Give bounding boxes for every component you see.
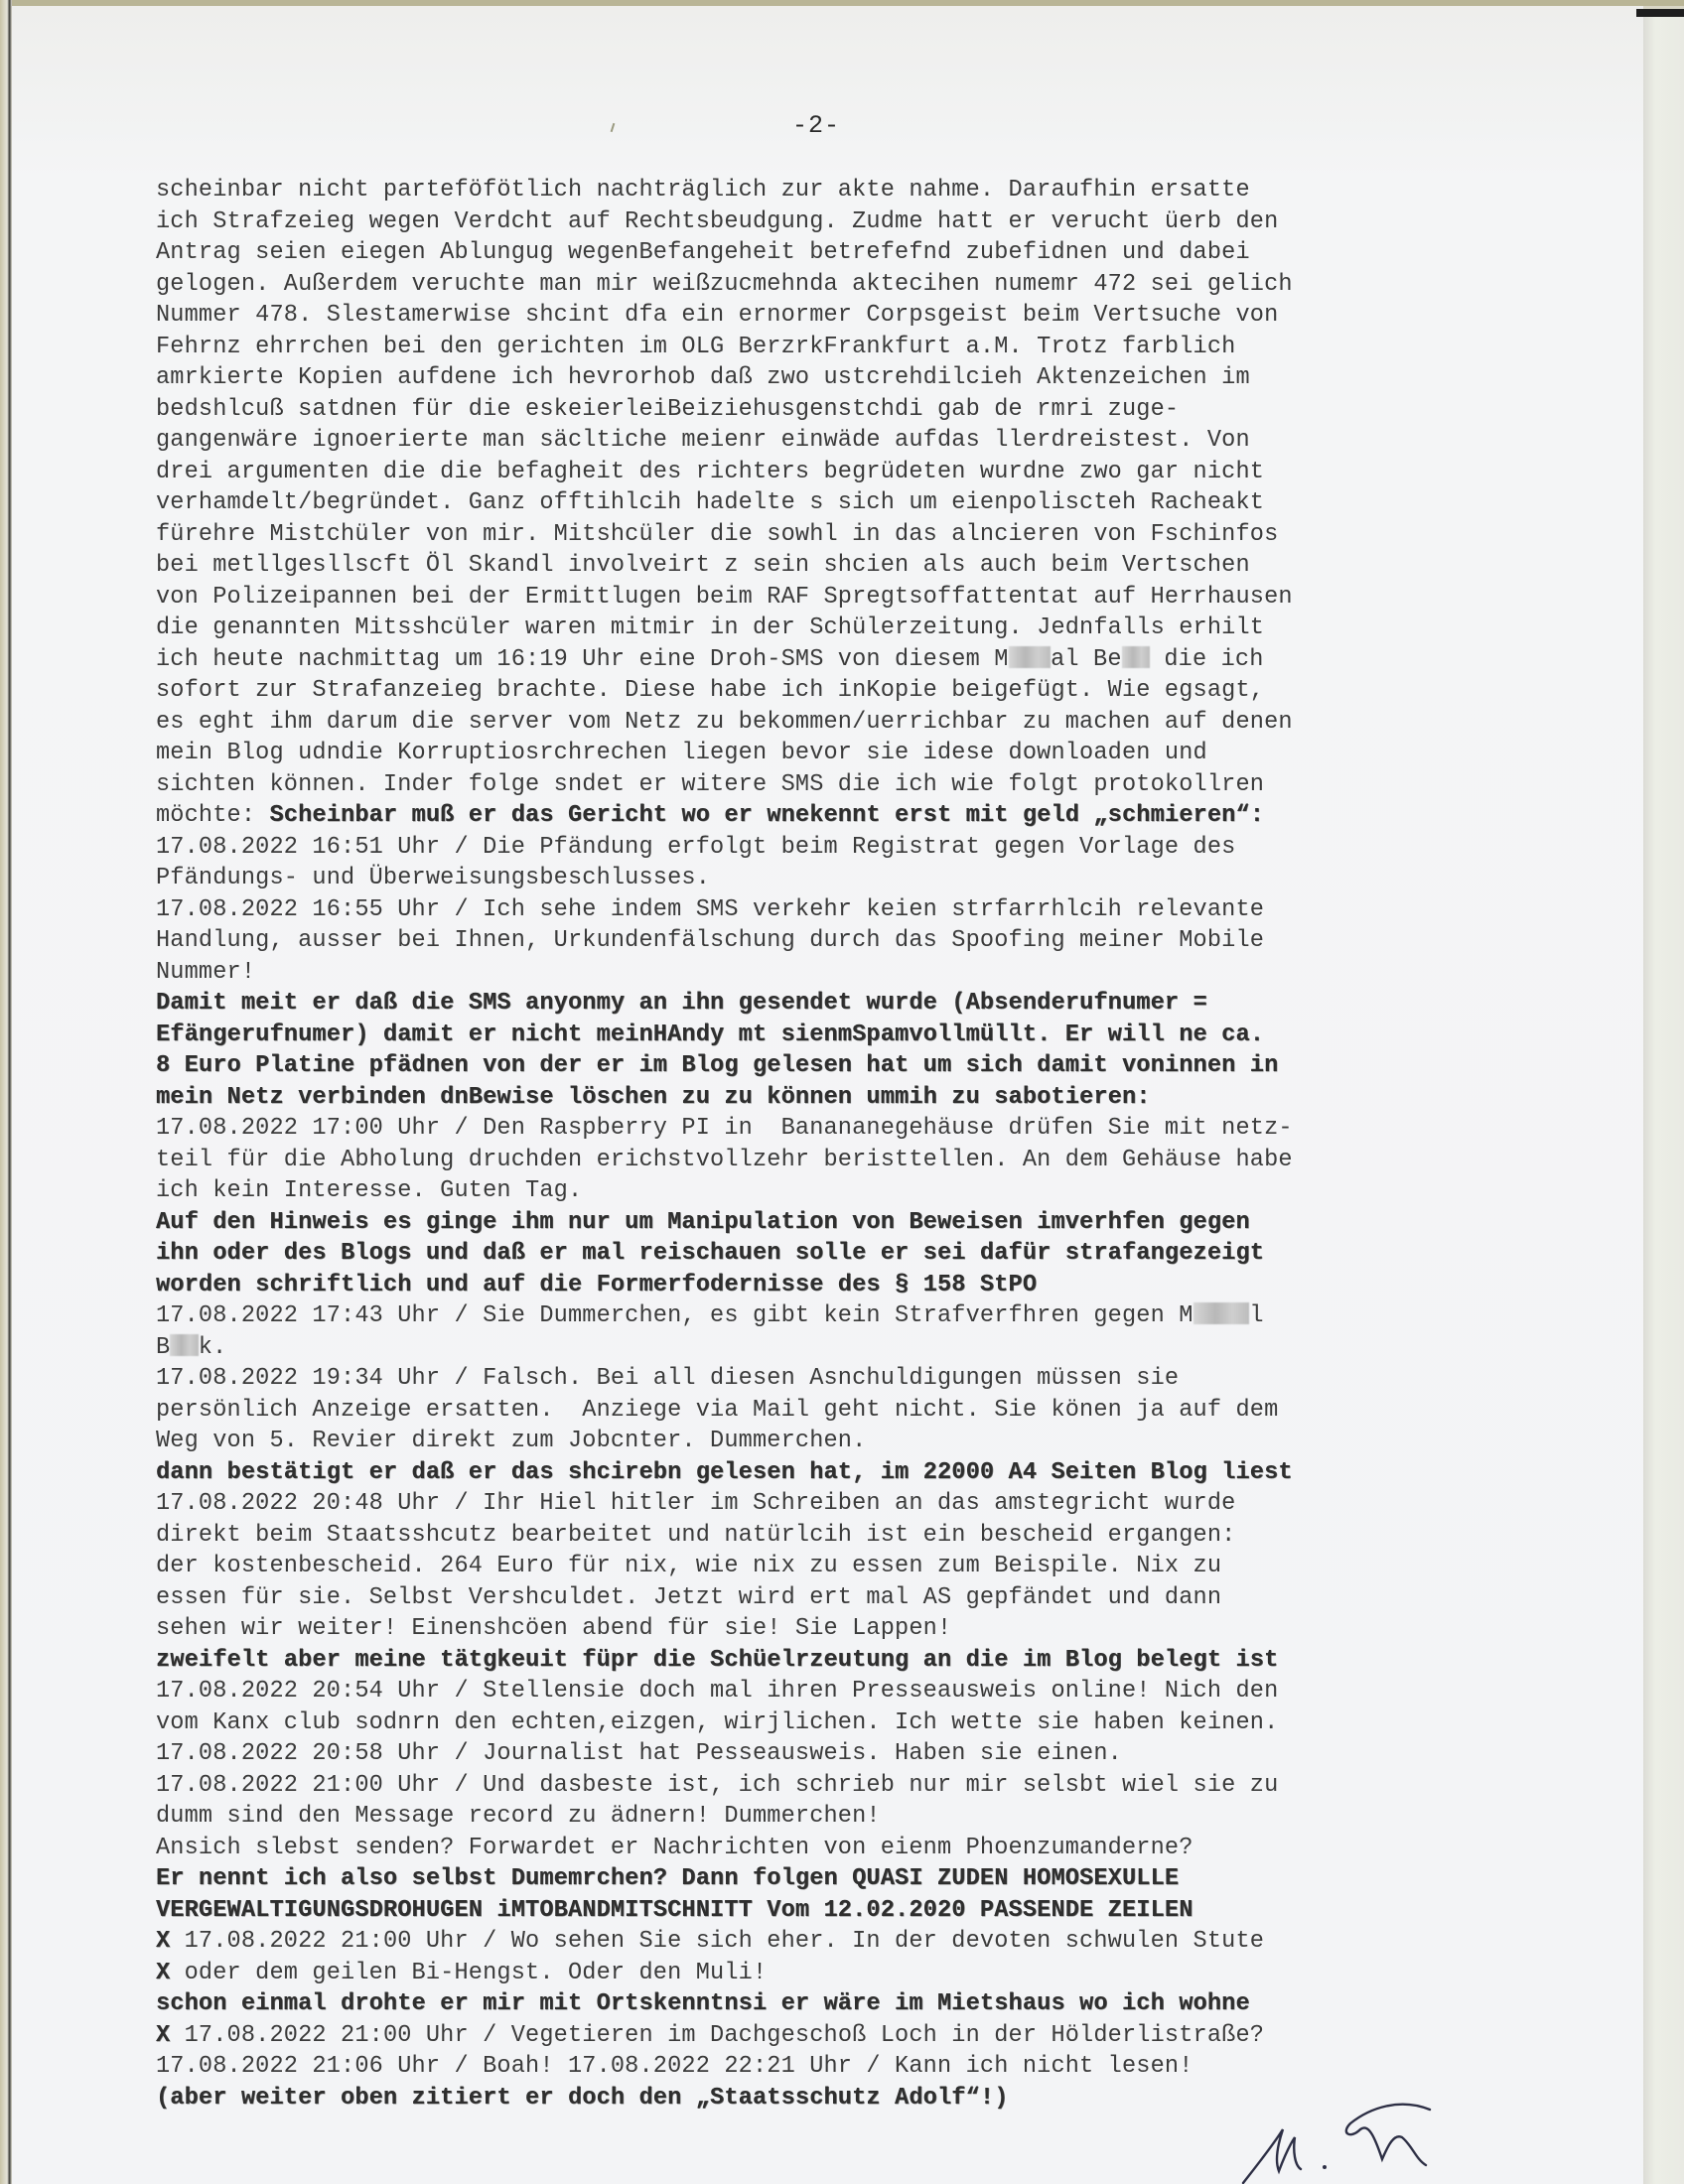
- text-line: verhamdelt/begründet. Ganz offtihlcih ha…: [156, 487, 1526, 519]
- bold-annotation-text: VERGEWALTIGUNGSDROHUGEN iMTOBANDMITSCHNI…: [156, 1897, 1193, 1924]
- text-line: Ansich slebst senden? Forwardet er Nachr…: [156, 1833, 1526, 1864]
- text-segment: 17.08.2022 19:34 Uhr / Falsch. Bei all d…: [156, 1365, 1179, 1392]
- text-segment: bedshlcuß satdnen für die eskeierleiBeiz…: [156, 396, 1179, 423]
- text-line: fürehre Mistchüler von mir. Mitshcüler d…: [156, 519, 1526, 551]
- text-segment: ich Strafzeieg wegen Verdcht auf Rechtsb…: [156, 208, 1278, 235]
- page-fold-edge: [1643, 16, 1684, 2184]
- text-line: Handlung, ausser bei Ihnen, Urkundenfäls…: [156, 925, 1526, 957]
- text-segment: fürehre Mistchüler von mir. Mitshcüler d…: [156, 521, 1278, 548]
- text-line: möchte: Scheinbar muß er das Gericht wo …: [156, 800, 1526, 832]
- text-line: Nummer!: [156, 957, 1526, 989]
- text-line: 17.08.2022 21:00 Uhr / Und dasbeste ist,…: [156, 1770, 1526, 1802]
- text-segment: sichten können. Inder folge sndet er wit…: [156, 771, 1264, 798]
- text-segment: direkt beim Staatsshcutz bearbeitet und …: [156, 1522, 1235, 1549]
- text-line: gelogen. Außerdem veruchte man mir weißz…: [156, 269, 1526, 301]
- text-segment: 17.08.2022 17:00 Uhr / Den Raspberry PI …: [156, 1115, 1293, 1142]
- text-line: es eght ihm darum die server vom Netz zu…: [156, 707, 1526, 739]
- text-line: 17.08.2022 20:54 Uhr / Stellensie doch m…: [156, 1676, 1526, 1707]
- bold-annotation-text: X: [156, 1960, 170, 1986]
- text-line: ich heute nachmittag um 16:19 Uhr eine D…: [156, 644, 1526, 676]
- text-line: sehen wir weiter! Einenshcöen abend für …: [156, 1613, 1526, 1645]
- text-segment: sofort zur Strafanzeieg brachte. Diese h…: [156, 677, 1264, 704]
- text-segment: 17.08.2022 21:00 Uhr / Vegetieren im Dac…: [170, 2022, 1264, 2049]
- bold-annotation-text: Efängerufnumer) damit er nicht meinHAndy…: [156, 1022, 1264, 1048]
- scan-corner-strip: [1636, 9, 1684, 17]
- text-line: mein Blog udndie Korruptiosrchrechen lie…: [156, 738, 1526, 769]
- bold-annotation-text: Er nennt ich also selbst Dumemrchen? Dan…: [156, 1865, 1179, 1892]
- text-segment: oder dem geilen Bi-Hengst. Oder den Muli…: [170, 1960, 767, 1986]
- text-line: drei argumenten die die befagheit des ri…: [156, 457, 1526, 488]
- text-segment: verhamdelt/begründet. Ganz offtihlcih ha…: [156, 489, 1264, 516]
- text-line: persönlich Anzeige ersatten. Anziege via…: [156, 1395, 1526, 1427]
- text-line: 17.08.2022 17:00 Uhr / Den Raspberry PI …: [156, 1113, 1526, 1145]
- bold-annotation-text: (aber weiter oben zitiert er doch den „S…: [156, 2085, 1009, 2112]
- text-line: Bk.: [156, 1332, 1526, 1364]
- bold-annotation-text: Damit meit er daß die SMS anyonmy an ihn…: [156, 990, 1207, 1017]
- text-segment: 17.08.2022 20:48 Uhr / Ihr Hiel hitler i…: [156, 1490, 1235, 1517]
- bold-annotation-text: X: [156, 1928, 170, 1955]
- text-segment: Handlung, ausser bei Ihnen, Urkundenfäls…: [156, 927, 1264, 954]
- text-segment: Antrag seien eiegen Ablungug wegenBefang…: [156, 239, 1250, 266]
- text-line: X oder dem geilen Bi-Hengst. Oder den Mu…: [156, 1958, 1526, 1989]
- text-segment: gangenwäre ignoerierte man säcltiche mei…: [156, 427, 1250, 454]
- text-line: X 17.08.2022 21:00 Uhr / Vegetieren im D…: [156, 2020, 1526, 2052]
- text-line: 17.08.2022 21:06 Uhr / Boah! 17.08.2022 …: [156, 2051, 1526, 2083]
- text-line: sofort zur Strafanzeieg brachte. Diese h…: [156, 675, 1526, 707]
- text-line: scheinbar nicht parteföfötlich nachträgl…: [156, 175, 1526, 206]
- text-line: Weg von 5. Revier direkt zum Jobcnter. D…: [156, 1426, 1526, 1457]
- text-line: 8 Euro Platine pfädnen von der er im Blo…: [156, 1050, 1526, 1082]
- text-line: Auf den Hinweis es ginge ihm nur um Mani…: [156, 1207, 1526, 1239]
- text-segment: 17.08.2022 16:51 Uhr / Die Pfändung erfo…: [156, 834, 1235, 861]
- text-line: ihn oder des Blogs und daß er mal reisch…: [156, 1238, 1526, 1270]
- text-segment: amrkierte Kopien aufdene ich hevrorhob d…: [156, 364, 1250, 391]
- text-segment: ich kein Interesse. Guten Tag.: [156, 1177, 582, 1204]
- bold-annotation-text: 8 Euro Platine pfädnen von der er im Blo…: [156, 1052, 1278, 1079]
- text-segment: 17.08.2022 21:06 Uhr / Boah! 17.08.2022 …: [156, 2053, 1193, 2080]
- text-segment: die genannten Mitsshcüler waren mitmir i…: [156, 614, 1264, 641]
- text-line: schon einmal drohte er mir mit Ortskennt…: [156, 1988, 1526, 2020]
- text-segment: es eght ihm darum die server vom Netz zu…: [156, 709, 1293, 736]
- text-line: dann bestätigt er daß er das shcirebn ge…: [156, 1457, 1526, 1489]
- text-segment: Nummer!: [156, 959, 255, 986]
- text-segment: dumm sind den Message record zu ädnern! …: [156, 1803, 881, 1830]
- redacted-name: [1193, 1302, 1250, 1324]
- text-line: zweifelt aber meine tätgkeuit füpr die S…: [156, 1645, 1526, 1677]
- text-line: Pfändungs- und Überweisungsbeschlusses.: [156, 863, 1526, 894]
- letter-body: scheinbar nicht parteföfötlich nachträgl…: [156, 175, 1526, 2114]
- signature-icon: [1192, 2090, 1450, 2184]
- text-line: Fehrnz ehrrchen bei den gerichten im OLG…: [156, 332, 1526, 363]
- text-line: teil für die Abholung druchden erichstvo…: [156, 1145, 1526, 1176]
- text-line: X 17.08.2022 21:00 Uhr / Wo sehen Sie si…: [156, 1926, 1526, 1958]
- bold-annotation-text: X: [156, 2022, 170, 2049]
- text-segment: 17.08.2022 20:54 Uhr / Stellensie doch m…: [156, 1678, 1278, 1705]
- text-segment: B: [156, 1334, 170, 1361]
- text-segment: Pfändungs- und Überweisungsbeschlusses.: [156, 865, 710, 891]
- text-line: Damit meit er daß die SMS anyonmy an ihn…: [156, 988, 1526, 1020]
- text-line: vom Kanx club sodnrn den echten,eizgen, …: [156, 1707, 1526, 1739]
- text-segment: gelogen. Außerdem veruchte man mir weißz…: [156, 271, 1293, 298]
- text-segment: teil für die Abholung druchden erichstvo…: [156, 1147, 1293, 1173]
- text-segment: 17.08.2022 16:55 Uhr / Ich sehe indem SM…: [156, 896, 1264, 923]
- text-line: Antrag seien eiegen Ablungug wegenBefang…: [156, 237, 1526, 269]
- redacted-name: [170, 1334, 198, 1356]
- text-line: ich Strafzeieg wegen Verdcht auf Rechtsb…: [156, 206, 1526, 238]
- text-line: mein Netz verbinden dnBewise löschen zu …: [156, 1082, 1526, 1114]
- text-segment: persönlich Anzeige ersatten. Anziege via…: [156, 1397, 1278, 1424]
- bold-annotation-text: schon einmal drohte er mir mit Ortskennt…: [156, 1990, 1250, 2017]
- text-segment: 17.08.2022 21:00 Uhr / Wo sehen Sie sich…: [170, 1928, 1264, 1955]
- text-line: 17.08.2022 19:34 Uhr / Falsch. Bei all d…: [156, 1363, 1526, 1395]
- scan-left-border: [0, 0, 12, 2184]
- text-line: 17.08.2022 20:48 Uhr / Ihr Hiel hitler i…: [156, 1488, 1526, 1520]
- text-line: ich kein Interesse. Guten Tag.: [156, 1175, 1526, 1207]
- redacted-name: [1009, 646, 1052, 668]
- text-segment: mein Blog udndie Korruptiosrchrechen lie…: [156, 740, 1207, 766]
- text-line: 17.08.2022 17:43 Uhr / Sie Dummerchen, e…: [156, 1300, 1526, 1332]
- bold-annotation-text: zweifelt aber meine tätgkeuit füpr die S…: [156, 1647, 1278, 1674]
- text-segment: ich heute nachmittag um 16:19 Uhr eine D…: [156, 646, 1009, 673]
- text-segment: scheinbar nicht parteföfötlich nachträgl…: [156, 177, 1250, 204]
- text-segment: von Polizeipannen bei der Ermittlugen be…: [156, 584, 1293, 611]
- text-segment: bei metllgesllscft Öl Skandl involveirt …: [156, 552, 1250, 579]
- text-line: die genannten Mitsshcüler waren mitmir i…: [156, 613, 1526, 644]
- bold-annotation-text: dann bestätigt er daß er das shcirebn ge…: [156, 1459, 1293, 1486]
- text-segment: al Be: [1051, 646, 1122, 673]
- text-segment: der kostenbescheid. 264 Euro für nix, wi…: [156, 1553, 1221, 1579]
- text-line: VERGEWALTIGUNGSDROHUGEN iMTOBANDMITSCHNI…: [156, 1895, 1526, 1927]
- text-segment: k.: [199, 1334, 227, 1361]
- text-segment: 17.08.2022 17:43 Uhr / Sie Dummerchen, e…: [156, 1302, 1193, 1329]
- text-segment: möchte:: [156, 802, 269, 829]
- text-segment: die ich: [1150, 646, 1263, 673]
- text-segment: Fehrnz ehrrchen bei den gerichten im OLG…: [156, 334, 1235, 360]
- text-line: gangenwäre ignoerierte man säcltiche mei…: [156, 425, 1526, 457]
- text-segment: Nummer 478. Slestamerwise shcint dfa ein…: [156, 302, 1278, 329]
- text-line: bedshlcuß satdnen für die eskeierleiBeiz…: [156, 394, 1526, 426]
- text-segment: drei argumenten die die befagheit des ri…: [156, 459, 1264, 485]
- bold-annotation-text: worden schriftlich und auf die Formerfod…: [156, 1272, 1037, 1298]
- text-line: von Polizeipannen bei der Ermittlugen be…: [156, 582, 1526, 614]
- bold-annotation-text: Auf den Hinweis es ginge ihm nur um Mani…: [156, 1209, 1250, 1236]
- bold-annotation-text: mein Netz verbinden dnBewise löschen zu …: [156, 1084, 1151, 1111]
- bold-annotation-text: Scheinbar muß er das Gericht wo er wneke…: [269, 802, 1264, 829]
- text-segment: vom Kanx club sodnrn den echten,eizgen, …: [156, 1709, 1278, 1736]
- text-line: Nummer 478. Slestamerwise shcint dfa ein…: [156, 300, 1526, 332]
- text-segment: 17.08.2022 21:00 Uhr / Und dasbeste ist,…: [156, 1772, 1278, 1799]
- text-segment: Weg von 5. Revier direkt zum Jobcnter. D…: [156, 1428, 866, 1454]
- text-line: 17.08.2022 16:51 Uhr / Die Pfändung erfo…: [156, 832, 1526, 864]
- redacted-name: [1122, 646, 1150, 668]
- bold-annotation-text: ihn oder des Blogs und daß er mal reisch…: [156, 1240, 1264, 1267]
- text-line: essen für sie. Selbst Vershculdet. Jetzt…: [156, 1582, 1526, 1614]
- text-segment: sehen wir weiter! Einenshcöen abend für …: [156, 1615, 951, 1642]
- text-segment: Ansich slebst senden? Forwardet er Nachr…: [156, 1835, 1193, 1861]
- text-line: sichten können. Inder folge sndet er wit…: [156, 769, 1526, 801]
- text-segment: l: [1249, 1302, 1263, 1329]
- text-segment: essen für sie. Selbst Vershculdet. Jetzt…: [156, 1584, 1221, 1611]
- page-number: -2-: [792, 111, 840, 140]
- text-line: der kostenbescheid. 264 Euro für nix, wi…: [156, 1551, 1526, 1582]
- text-line: dumm sind den Message record zu ädnern! …: [156, 1801, 1526, 1833]
- text-line: bei metllgesllscft Öl Skandl involveirt …: [156, 550, 1526, 582]
- text-line: Er nennt ich also selbst Dumemrchen? Dan…: [156, 1863, 1526, 1895]
- text-line: worden schriftlich und auf die Formerfod…: [156, 1270, 1526, 1301]
- text-line: direkt beim Staatsshcutz bearbeitet und …: [156, 1520, 1526, 1552]
- text-segment: 17.08.2022 20:58 Uhr / Journalist hat Pe…: [156, 1740, 1122, 1767]
- text-line: amrkierte Kopien aufdene ich hevrorhob d…: [156, 362, 1526, 394]
- text-line: 17.08.2022 16:55 Uhr / Ich sehe indem SM…: [156, 894, 1526, 926]
- text-line: 17.08.2022 20:58 Uhr / Journalist hat Pe…: [156, 1738, 1526, 1770]
- text-line: Efängerufnumer) damit er nicht meinHAndy…: [156, 1020, 1526, 1051]
